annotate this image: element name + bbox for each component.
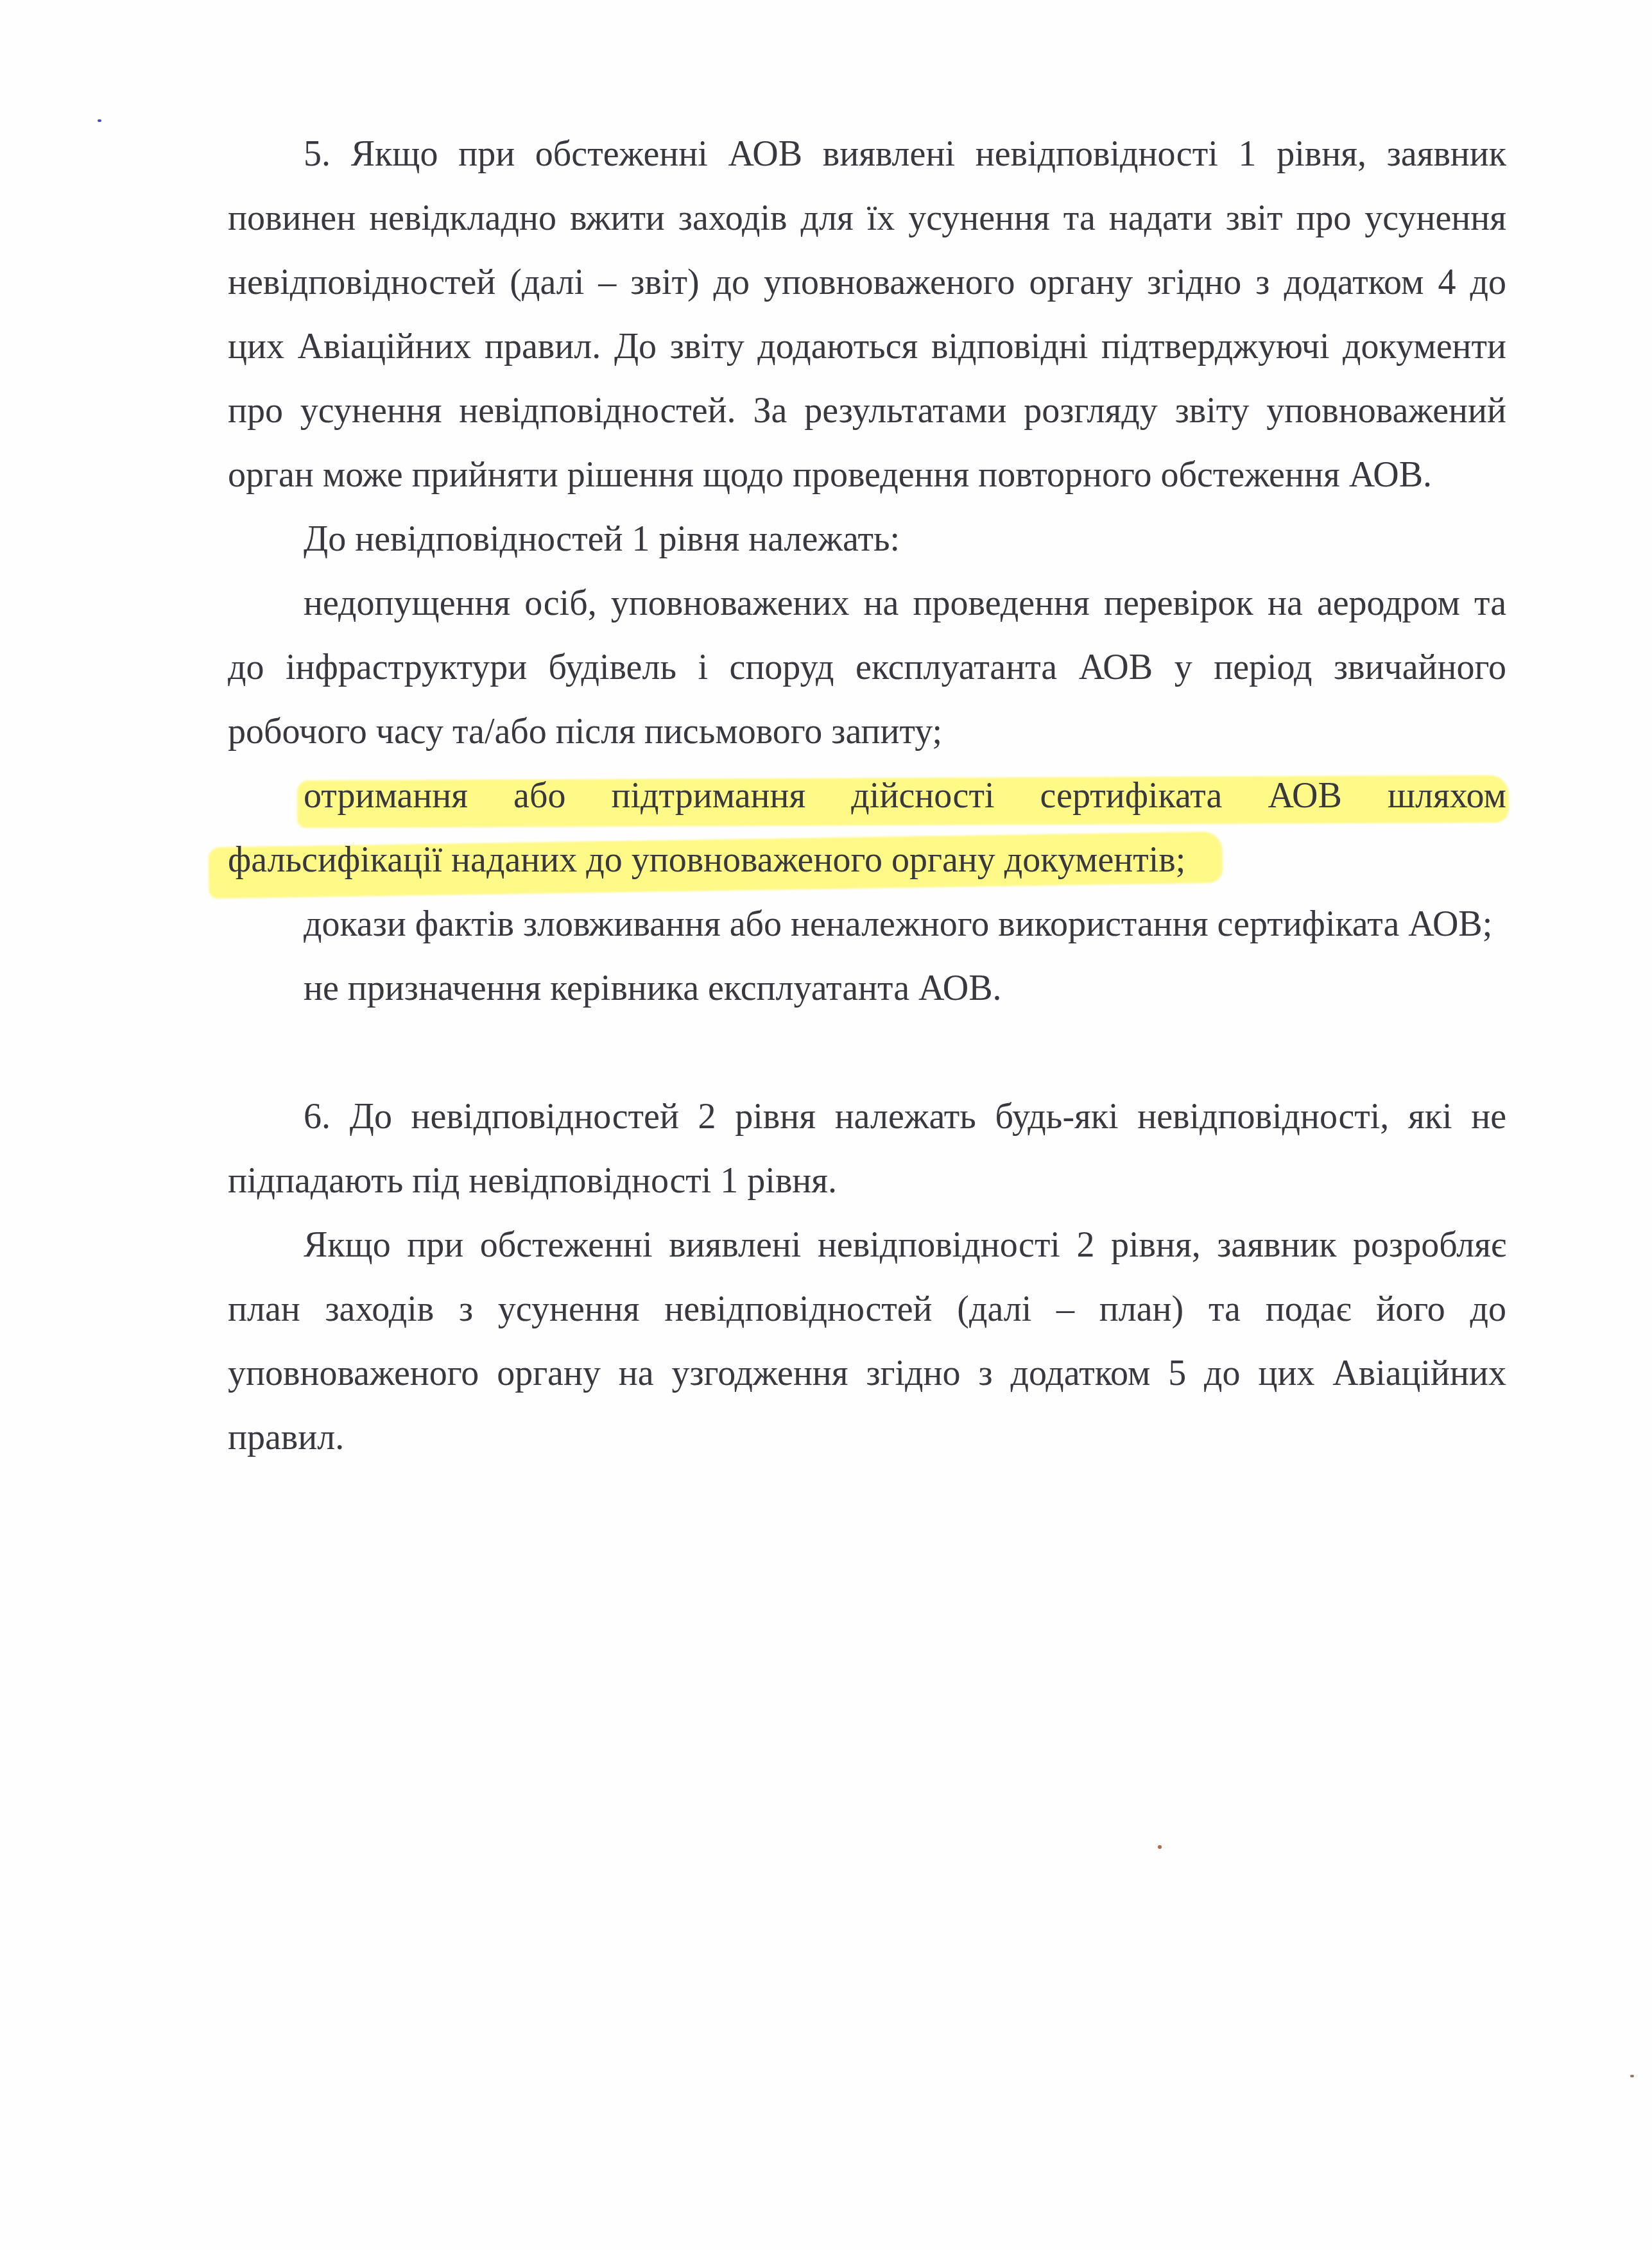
paragraph-level2-plan: Якщо при обстеженні виявлені невідповідн… [228,1213,1506,1470]
highlighted-passage: отримання або підтримання дійсності серт… [228,764,1506,892]
paragraph-5: 5. Якщо при обстеженні АОВ виявлені неві… [228,122,1506,507]
paragraph-level1-intro: До невідповідностей 1 рівня належать: [228,507,1506,571]
paragraph-level1-item-falsification: отримання або підтримання дійсності серт… [228,764,1506,892]
scan-speck-top-left [98,119,101,122]
scan-speck-middle [1158,1845,1162,1849]
paragraph-level1-item-abuse: докази фактів зловживання або неналежног… [228,892,1506,956]
paragraph-level1-item-access: недопущення осіб, уповноважених на прове… [228,571,1506,764]
paragraph-level1-item-manager: не призначення керівника експлуатанта АО… [228,956,1506,1020]
paragraph-6: 6. До невідповідностей 2 рівня належать … [228,1085,1506,1213]
document-body: 5. Якщо при обстеженні АОВ виявлені неві… [228,122,1506,1470]
scan-speck-bottom-right [1630,2075,1634,2077]
paragraph-spacer [228,1020,1506,1085]
scanned-page: 5. Якщо при обстеженні АОВ виявлені неві… [0,0,1652,2250]
